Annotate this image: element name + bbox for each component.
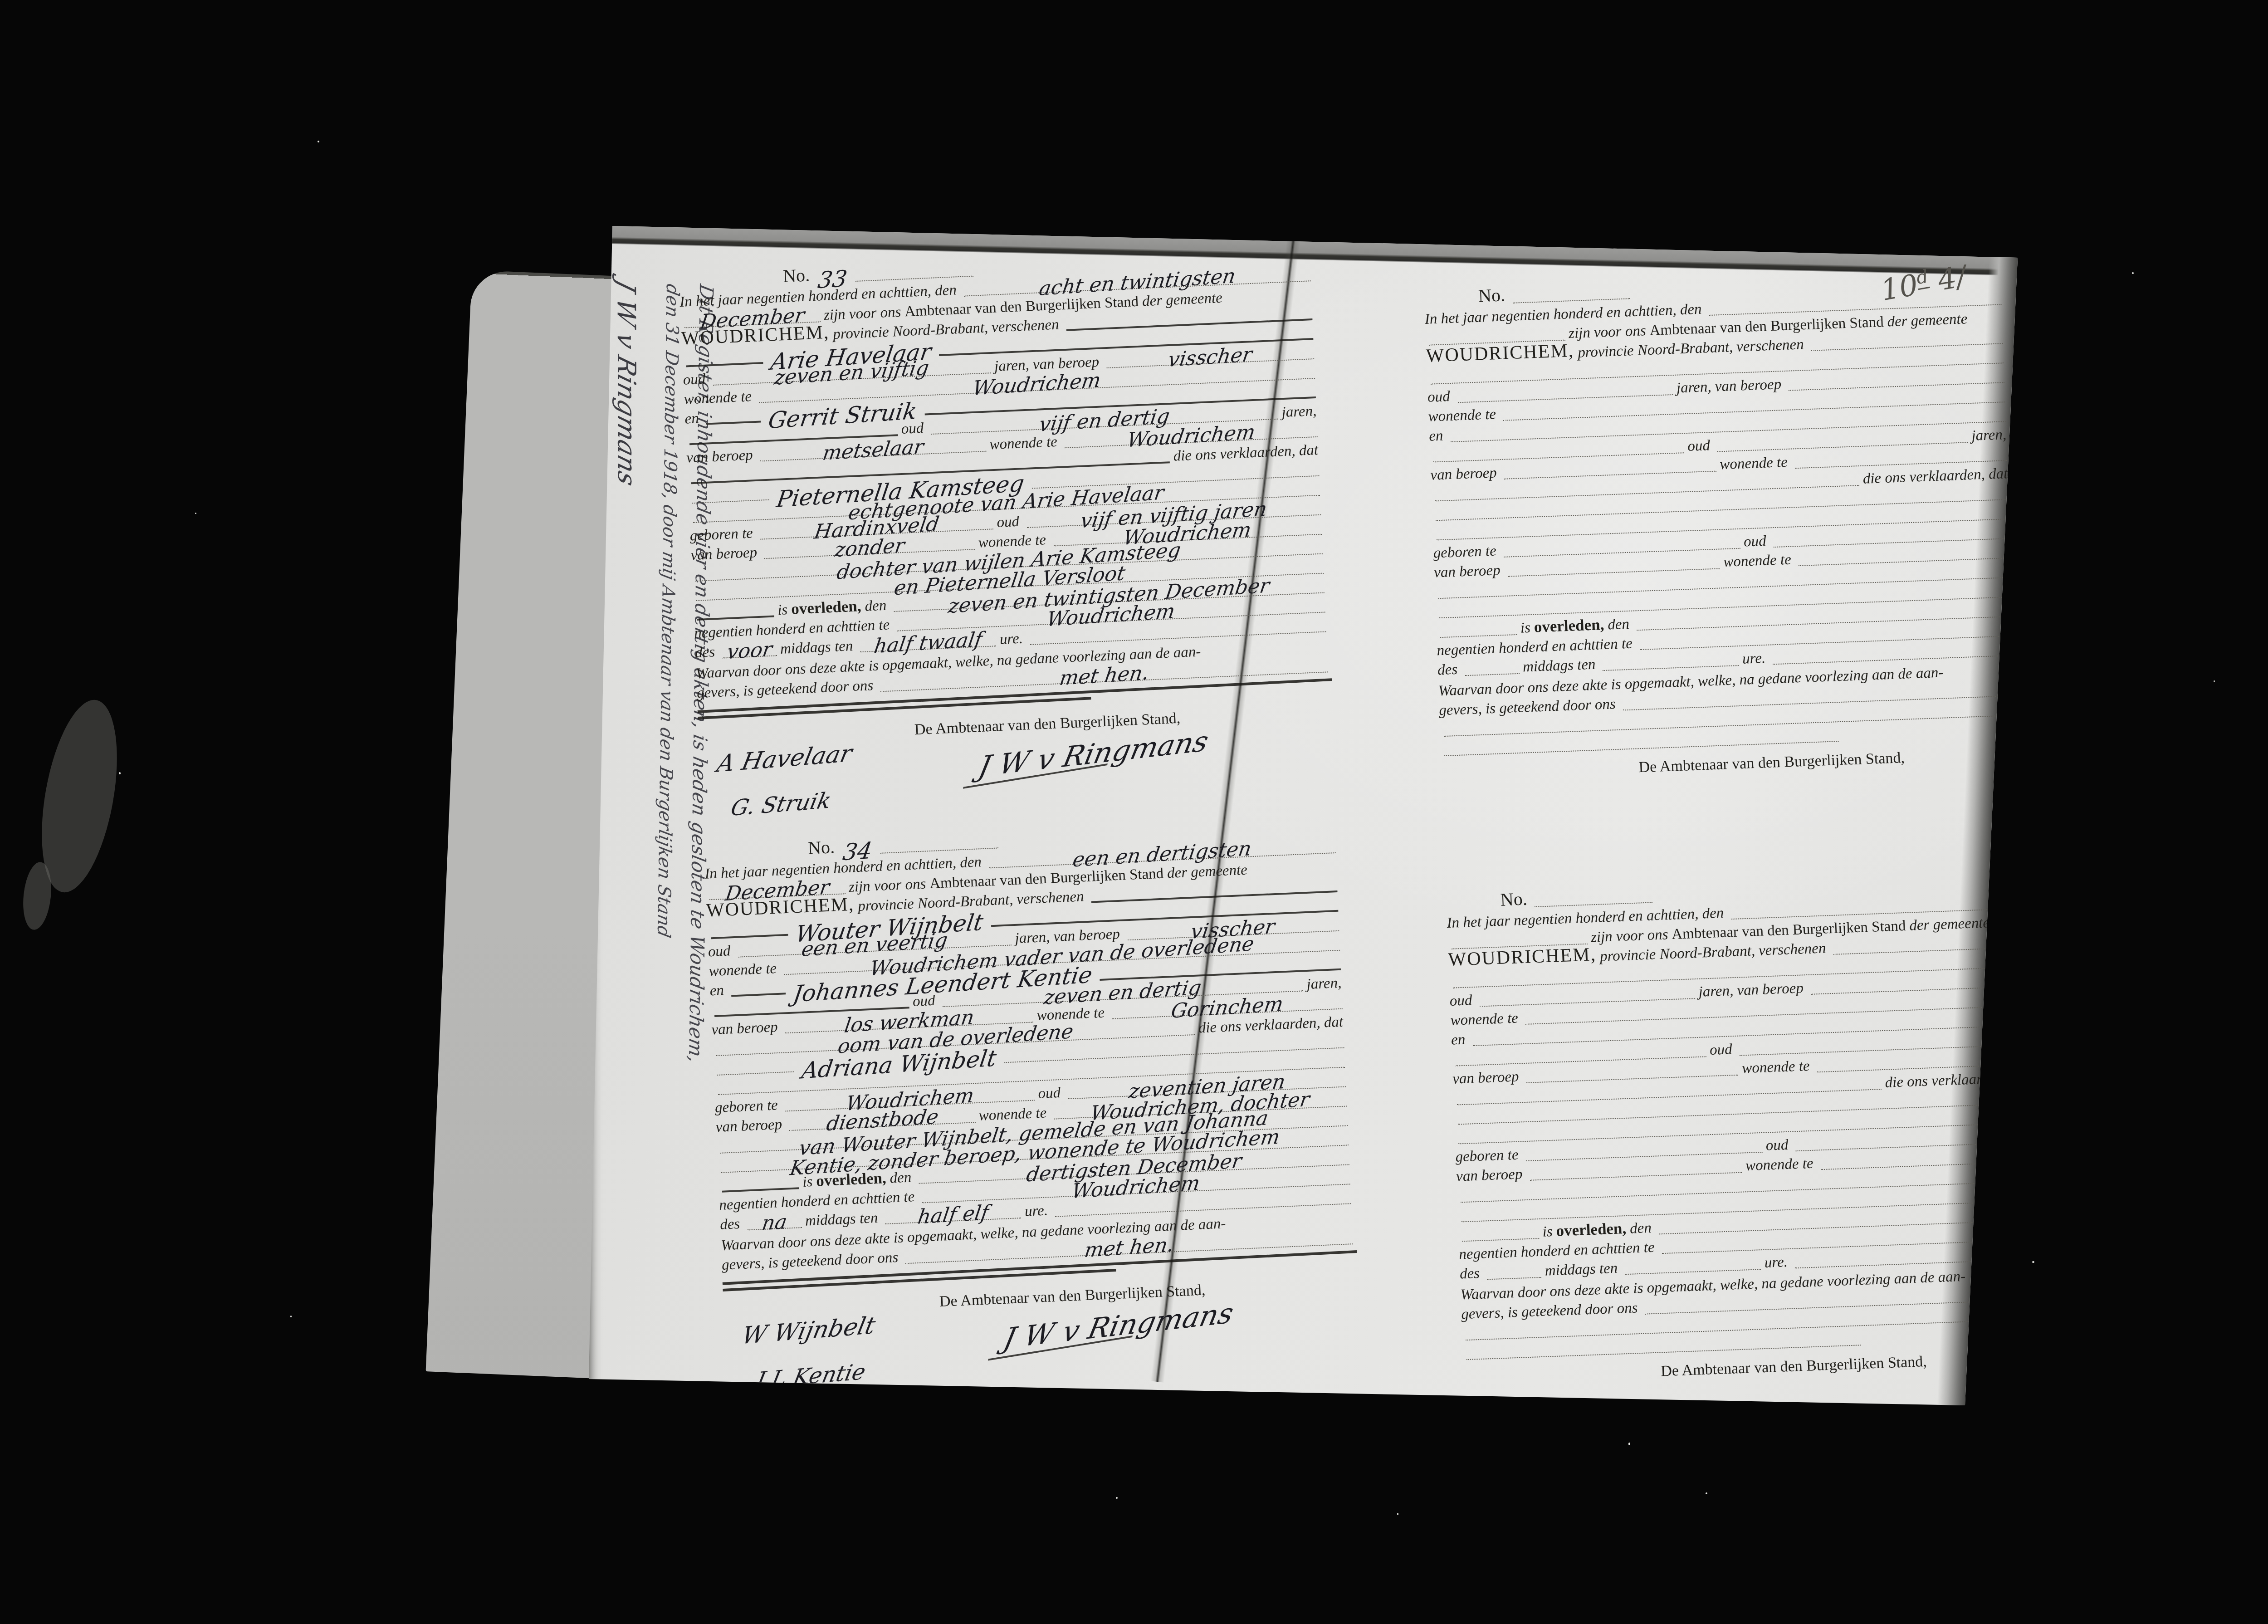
month-fill: December — [684, 308, 821, 328]
middags-label: middags ten — [805, 1210, 878, 1230]
signedwith-value: met hen. — [1058, 663, 1150, 689]
struck-blank — [697, 602, 774, 621]
dust-speck — [2132, 272, 2134, 274]
officials-a: zijn voor ons — [823, 304, 901, 324]
blank-line — [1439, 621, 1517, 638]
des-label: des — [694, 644, 715, 661]
no-label: No. — [1478, 284, 1505, 306]
blank-line — [1461, 1224, 1539, 1242]
old-label: oud — [708, 943, 731, 960]
daypart-value: na — [761, 1212, 788, 1234]
residing-label: wonende te — [1723, 552, 1792, 571]
officials-c: der gemeente — [1887, 311, 1968, 330]
appeared: verschenen — [1736, 336, 1804, 355]
born-label: geboren te — [714, 1097, 778, 1116]
is-label: is — [1520, 620, 1530, 637]
dust-speck — [318, 141, 319, 142]
blank-line — [1603, 651, 1739, 671]
death-record-33: No. 33 In het jaar negentien honderd en … — [678, 239, 1338, 857]
struck-blank — [706, 407, 761, 425]
old-label: oud — [683, 371, 706, 389]
is-label: is — [777, 602, 788, 619]
left-page-content: No. 33 In het jaar negentien honderd en … — [678, 239, 1362, 1391]
residing-label: wonende te — [1450, 1010, 1519, 1029]
residing-label: wonende te — [1428, 406, 1496, 425]
ure-label: ure. — [1024, 1202, 1048, 1220]
declarant1-signature: A Havelaar — [715, 742, 854, 776]
blank-line — [1534, 888, 1652, 907]
scanned-register-page: 10d 4/ Dit Register, inhoudende vier en … — [0, 0, 2268, 1624]
blank-line — [1465, 660, 1520, 676]
declarant2-signature: J L Kentie — [754, 1361, 867, 1391]
death-record-34: No. 34 In het jaar negentien honderd en … — [703, 811, 1363, 1429]
residing-label: wonende te — [1742, 1058, 1810, 1077]
ure-label: ure. — [999, 631, 1023, 648]
ure-label: ure. — [1764, 1254, 1788, 1272]
no-label: No. — [782, 264, 810, 287]
officials-c: der gemeente — [1909, 915, 1990, 934]
margin-note-signature: J W v Ringmans — [605, 275, 650, 1372]
and-label: en — [1429, 428, 1443, 445]
declared-label: die ons verklaarden, dat — [1862, 465, 2008, 488]
daypart-value: voor — [725, 640, 773, 663]
and-label: en — [1451, 1032, 1465, 1049]
profession-label: van beroep — [715, 1116, 782, 1136]
blank-line — [1512, 284, 1630, 303]
years-prof-label: jaren, van beroep — [1698, 980, 1804, 1000]
dust-speck — [290, 1316, 292, 1317]
overleden-label: overleden, — [791, 597, 861, 618]
struck-blank — [710, 920, 788, 939]
dust-speck — [1628, 1443, 1630, 1445]
den-label: den — [865, 597, 887, 615]
declared-label: die ons verklaarden, dat — [1885, 1069, 2030, 1091]
record-number-value: 33 — [816, 267, 849, 292]
blank-death-form-2: No. In het jaar negentien honderd en ach… — [1446, 866, 2044, 1387]
struck-blank — [722, 1174, 799, 1192]
overleden-label: overleden, — [1534, 616, 1604, 636]
registrar-title: De Ambtenaar van den Burgerlijken Stand, — [1661, 1353, 1927, 1380]
overleden-label: overleden, — [1556, 1219, 1627, 1240]
old-label: oud — [1449, 992, 1472, 1010]
years-label: jaren, — [1971, 426, 2007, 445]
officials-a: zijn voor ons — [1590, 926, 1668, 946]
signedwith-value: met hen. — [1083, 1235, 1175, 1261]
hour-fill: half twaalf — [860, 632, 996, 652]
blank-line — [1486, 1263, 1541, 1280]
profession-label: van beroep — [1452, 1068, 1520, 1087]
daypart-fill: na — [747, 1213, 802, 1230]
des-label: des — [719, 1216, 740, 1233]
no-label: No. — [1500, 888, 1528, 910]
no-label: No. — [807, 836, 835, 859]
des-label: des — [1459, 1265, 1480, 1283]
blank-line — [716, 1058, 794, 1076]
month-fill: December — [709, 880, 846, 900]
den-label: den — [1608, 616, 1630, 634]
residing-label: wonende te — [989, 434, 1058, 453]
ure-label: ure. — [1742, 650, 1766, 668]
blank-line — [691, 486, 769, 504]
old-label: oud — [1038, 1085, 1061, 1102]
profession-label: van beroep — [1434, 562, 1501, 581]
appeared: verschenen — [1758, 940, 1826, 959]
dust-speck — [119, 772, 121, 774]
old-label: oud — [1687, 437, 1711, 455]
declarant2-signature: G. Struik — [729, 789, 833, 819]
profession-label: van beroep — [711, 1019, 778, 1038]
residing-label: wonende te — [1745, 1155, 1814, 1174]
hour-value: half elf — [916, 1203, 990, 1227]
blank-death-form-1: No. In het jaar negentien honderd en ach… — [1423, 263, 2022, 783]
old-label: oud — [997, 514, 1020, 531]
dust-speck — [2032, 1261, 2034, 1263]
declarant1-signature: W Wijnbelt — [740, 1314, 877, 1348]
daypart-fill: voor — [722, 641, 777, 658]
years-label: jaren, — [1994, 1030, 2029, 1048]
old-label: oud — [1743, 533, 1766, 551]
old-label: oud — [1710, 1041, 1733, 1059]
middags-label: middags ten — [1522, 656, 1596, 676]
middags-label: middags ten — [1545, 1260, 1618, 1280]
dust-speck — [2214, 680, 2215, 682]
dust-speck — [1706, 1492, 1707, 1494]
appeared: verschenen — [1016, 888, 1084, 908]
residing-label: wonende te — [1720, 454, 1788, 473]
is-label: is — [1542, 1223, 1553, 1241]
struck-blank — [731, 979, 786, 997]
years-label: jaren, — [1306, 975, 1342, 993]
residing-label: wonende te — [709, 960, 777, 980]
appeared: verschenen — [991, 317, 1059, 336]
years-prof-label: jaren, van beroep — [1676, 376, 1781, 396]
des-label: des — [1437, 661, 1458, 679]
officials-a: zijn voor ons — [848, 876, 926, 895]
profession-label: van beroep — [1430, 465, 1497, 484]
prof1-value: visscher — [1167, 345, 1253, 370]
and-label: en — [709, 982, 724, 999]
years-label: jaren, — [1281, 403, 1317, 421]
officials-a: zijn voor ons — [1569, 323, 1647, 342]
profession-label: van beroep — [690, 544, 758, 564]
profession-label: van beroep — [1456, 1166, 1523, 1185]
struck-blank — [685, 348, 763, 367]
registrar-signature: J W v Ringmans — [1001, 1299, 1236, 1353]
den-label: den — [1630, 1220, 1652, 1238]
born-label: geboren te — [689, 525, 753, 544]
profession-label: van beroep — [686, 447, 753, 466]
right-page-content: No. In het jaar negentien honderd en ach… — [1423, 263, 2044, 1385]
dust-speck — [1116, 1497, 1118, 1499]
registrar-signature: J W v Ringmans — [976, 727, 1211, 781]
record-number-value: 34 — [841, 839, 874, 864]
old-label: oud — [1427, 388, 1451, 406]
register-spread: 10d 4/ Dit Register, inhoudende vier en … — [585, 221, 2023, 1414]
residing-label: wonende te — [684, 388, 752, 408]
blank-line — [855, 262, 973, 282]
dust-speck — [1397, 1513, 1398, 1515]
and-label: en — [684, 410, 699, 427]
born-label: geboren te — [1433, 543, 1496, 562]
blank-line — [1625, 1255, 1761, 1275]
dust-speck — [195, 513, 196, 514]
blank-line — [880, 834, 998, 853]
old-label: oud — [1765, 1137, 1789, 1154]
middags-label: middags ten — [780, 638, 853, 658]
officials-c: der gemeente — [1167, 862, 1247, 882]
registrar-title: De Ambtenaar van den Burgerlijken Stand, — [1638, 749, 1905, 776]
signature-block: W Wijnbelt J L Kentie De Ambtenaar van d… — [723, 1265, 1364, 1429]
born-label: geboren te — [1455, 1147, 1519, 1166]
